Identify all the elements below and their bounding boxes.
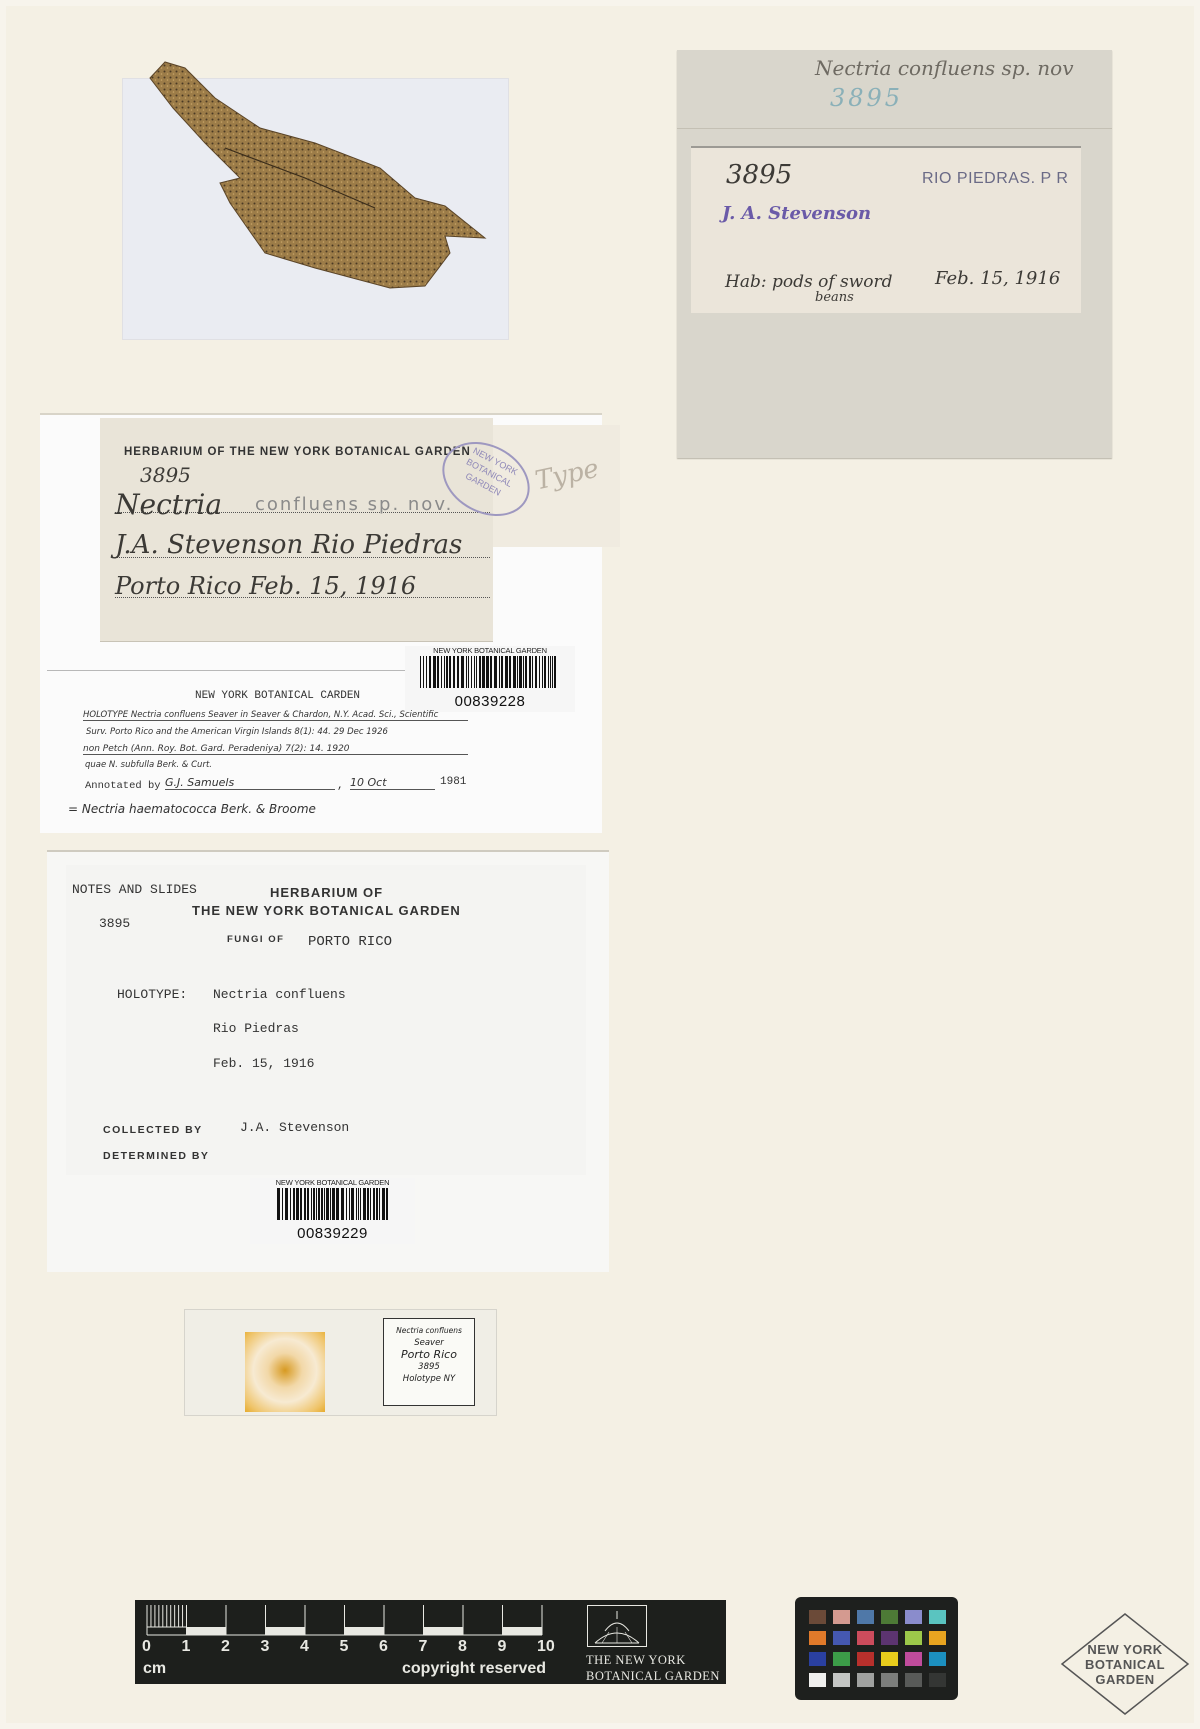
nybg-logo-line: BOTANICAL GARDEN bbox=[586, 1668, 720, 1684]
slide-label-line: Porto Rico bbox=[384, 1349, 474, 1361]
annotation-line-2: Surv. Porto Rico and the American Virgin… bbox=[86, 727, 388, 737]
color-swatch bbox=[929, 1673, 946, 1687]
collector-locality: J.A. Stevenson Rio Piedras bbox=[115, 530, 462, 560]
ruler-ticks bbox=[145, 1605, 555, 1637]
color-swatch bbox=[929, 1631, 946, 1645]
herbarium-label-number: 3895 bbox=[140, 463, 191, 487]
ruler-number: 3 bbox=[261, 1638, 270, 1656]
ruler-number: 4 bbox=[300, 1638, 309, 1656]
color-swatch bbox=[833, 1631, 850, 1645]
ruler-number: 9 bbox=[498, 1638, 507, 1656]
holotype-name: Nectria confluens bbox=[213, 987, 346, 1002]
color-swatch bbox=[809, 1631, 826, 1645]
color-swatch bbox=[905, 1673, 922, 1687]
annotation-heading: NEW YORK BOTANICAL CARDEN bbox=[195, 690, 360, 702]
color-swatch bbox=[929, 1610, 946, 1624]
barcode-number: 00839229 bbox=[250, 1225, 415, 1242]
bark-specimen bbox=[145, 58, 495, 298]
barcode-institution: NEW YORK BOTANICAL GARDEN bbox=[405, 646, 575, 655]
slide-label-line: 3895 bbox=[384, 1361, 474, 1373]
annotated-date: 10 Oct bbox=[350, 776, 435, 790]
notes-and-slides-label: NOTES AND SLIDES bbox=[72, 882, 197, 897]
packet-flap-number: 3895 bbox=[830, 84, 903, 112]
diamond-stamp-text: NEW YORK BOTANICAL GARDEN bbox=[1060, 1642, 1190, 1687]
ruler-unit: cm bbox=[143, 1660, 166, 1678]
slide-label: Nectria confluens Seaver Porto Rico 3895… bbox=[383, 1318, 475, 1406]
collector-stamp: J. A. Stevenson bbox=[722, 203, 871, 224]
color-swatch bbox=[881, 1610, 898, 1624]
color-swatch bbox=[905, 1652, 922, 1666]
nybg-diamond-stamp: NEW YORK BOTANICAL GARDEN bbox=[1060, 1612, 1190, 1716]
ruler-number: 1 bbox=[182, 1638, 191, 1656]
color-swatch bbox=[809, 1652, 826, 1666]
ruler-number: 10 bbox=[537, 1638, 555, 1656]
color-swatch bbox=[881, 1631, 898, 1645]
ruler-number: 6 bbox=[379, 1638, 388, 1656]
notes-heading-1: HERBARIUM OF bbox=[270, 885, 383, 900]
color-swatch bbox=[857, 1610, 874, 1624]
conservatory-dome-icon bbox=[587, 1605, 647, 1647]
copyright-text: copyright reserved bbox=[402, 1660, 546, 1678]
color-swatch bbox=[857, 1652, 874, 1666]
habitat-line-2: beans bbox=[815, 290, 854, 305]
ruler-number: 5 bbox=[340, 1638, 349, 1656]
barcode-icon bbox=[420, 656, 560, 688]
color-swatch bbox=[881, 1673, 898, 1687]
color-swatch bbox=[833, 1652, 850, 1666]
nybg-logo-line: THE NEW YORK bbox=[586, 1652, 720, 1668]
color-swatch bbox=[809, 1673, 826, 1687]
barcode-label: NEW YORK BOTANICAL GARDEN 00839229 bbox=[250, 1178, 415, 1244]
packet-flap-note: Nectria confluens sp. nov bbox=[815, 56, 1074, 80]
diamond-stamp-line: BOTANICAL bbox=[1060, 1657, 1190, 1672]
annotated-year: 1981 bbox=[440, 776, 466, 788]
annotation-line-4: quae N. subfulla Berk. & Curt. bbox=[85, 760, 212, 770]
herbarium-label-heading: HERBARIUM OF THE NEW YORK BOTANICAL GARD… bbox=[124, 446, 471, 458]
color-swatch bbox=[857, 1631, 874, 1645]
holotype-label: HOLOTYPE: bbox=[117, 987, 187, 1002]
color-swatch bbox=[905, 1610, 922, 1624]
color-swatch bbox=[857, 1673, 874, 1687]
collection-date-typed: Feb. 15, 1916 bbox=[213, 1056, 314, 1071]
region: PORTO RICO bbox=[308, 934, 392, 950]
genus-name: Nectria bbox=[115, 488, 222, 521]
ruler-number: 8 bbox=[458, 1638, 467, 1656]
synonym-note: = Nectria haematococca Berk. & Broome bbox=[68, 802, 316, 816]
barcode-number: 00839228 bbox=[405, 693, 575, 710]
ruler-number: 7 bbox=[419, 1638, 428, 1656]
diamond-stamp-line: GARDEN bbox=[1060, 1672, 1190, 1687]
annotated-by-label: Annotated by bbox=[85, 780, 161, 792]
slide-label-line: Nectria confluens bbox=[384, 1325, 474, 1337]
collection-date: Feb. 15, 1916 bbox=[935, 268, 1060, 289]
species-name-stamp: confluens sp. nov. bbox=[255, 494, 453, 515]
fungi-of-label: FUNGI OF bbox=[227, 934, 284, 945]
notes-number: 3895 bbox=[99, 916, 130, 931]
collector-label-number: 3895 bbox=[726, 160, 792, 190]
color-swatch bbox=[833, 1673, 850, 1687]
slide-coverslip bbox=[245, 1332, 325, 1412]
habitat-line-1: Hab: pods of sword bbox=[725, 272, 893, 292]
barcode-icon bbox=[277, 1188, 389, 1220]
color-swatch bbox=[809, 1610, 826, 1624]
barcode-institution: NEW YORK BOTANICAL GARDEN bbox=[250, 1178, 415, 1187]
annotation-line-3: non Petch (Ann. Roy. Bot. Gard. Peradeni… bbox=[83, 744, 468, 755]
locality-stamp: RIO PIEDRAS. P R bbox=[922, 170, 1068, 188]
color-calibration-chart bbox=[795, 1597, 958, 1700]
diamond-stamp-line: NEW YORK bbox=[1060, 1642, 1190, 1657]
color-swatch bbox=[905, 1631, 922, 1645]
country-date: Porto Rico Feb. 15, 1916 bbox=[115, 572, 416, 600]
color-swatch bbox=[929, 1652, 946, 1666]
collector-typed: J.A. Stevenson bbox=[240, 1120, 349, 1135]
ruler-number: 2 bbox=[221, 1638, 230, 1656]
scale-ruler: 012345678910 cm copyright reserved THE N… bbox=[135, 1600, 726, 1684]
barcode-label: NEW YORK BOTANICAL GARDEN 00839228 bbox=[405, 646, 575, 712]
annotator-name: G.J. Samuels bbox=[165, 776, 335, 790]
comma: , bbox=[337, 780, 344, 792]
slide-label-line: Holotype NY bbox=[384, 1373, 474, 1385]
color-swatch bbox=[881, 1652, 898, 1666]
annotation-line-1: HOLOTYPE Nectria confluens Seaver in Sea… bbox=[83, 710, 468, 721]
notes-heading-2: THE NEW YORK BOTANICAL GARDEN bbox=[192, 903, 461, 918]
determined-by-label: DETERMINED BY bbox=[103, 1150, 209, 1162]
color-swatch bbox=[833, 1610, 850, 1624]
nybg-ruler-logo: THE NEW YORK BOTANICAL GARDEN bbox=[586, 1652, 720, 1684]
locality: Rio Piedras bbox=[213, 1021, 299, 1036]
collected-by-label: COLLECTED BY bbox=[103, 1124, 203, 1136]
ruler-number: 0 bbox=[142, 1638, 151, 1656]
